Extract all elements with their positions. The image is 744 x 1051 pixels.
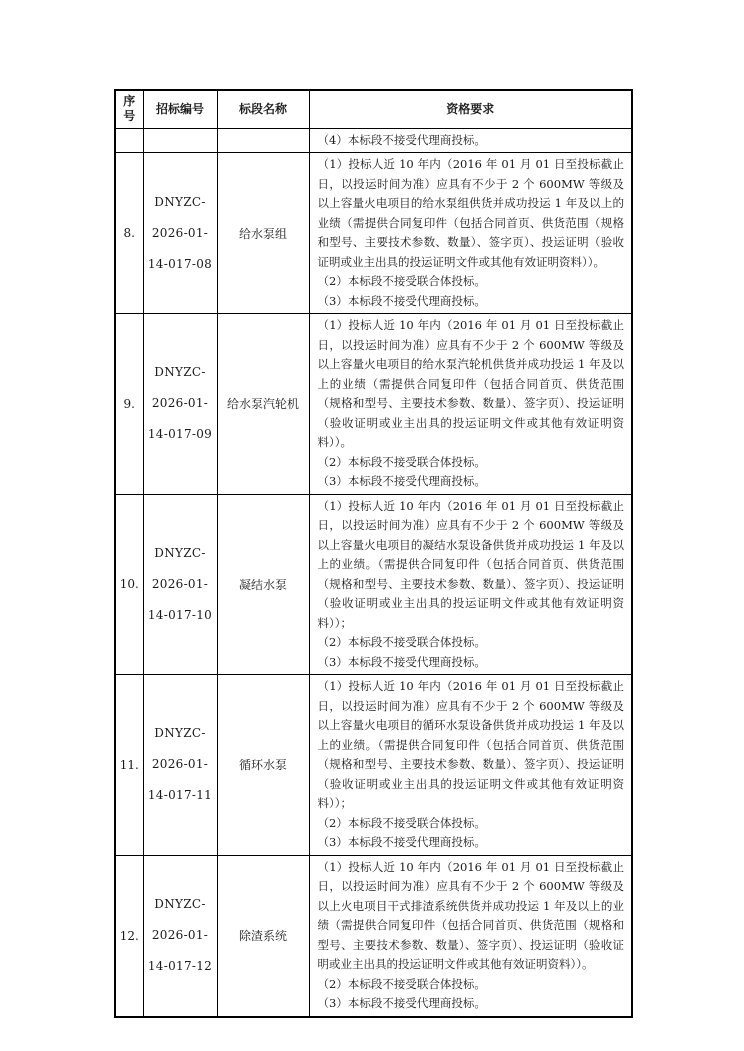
bid-code-cell: DNYZC- 2026-01- 14-017-10 [143, 494, 217, 675]
requirement-item: （3）本标段不接受代理商投标。 [318, 292, 625, 312]
requirement-item: （3）本标段不接受代理商投标。 [318, 994, 625, 1014]
requirements-cell: （1）投标人近 10 年内（2016 年 01 月 01 日至投标截止日，以投运… [309, 314, 632, 495]
section-name-cell: 给水泵汽轮机 [217, 314, 309, 495]
table-row-8: 8. DNYZC- 2026-01- 14-017-08 给水泵组 （1）投标人… [115, 153, 632, 314]
section-name-cell: 给水泵组 [217, 153, 309, 314]
table-row-10: 10. DNYZC- 2026-01- 14-017-10 凝结水泵 （1）投标… [115, 494, 632, 675]
bid-code-cell: DNYZC- 2026-01- 14-017-12 [143, 855, 217, 1017]
header-bid-number: 招标编号 [143, 90, 217, 128]
table-row-12: 12. DNYZC- 2026-01- 14-017-12 除渣系统 （1）投标… [115, 855, 632, 1017]
bid-code-line: DNYZC- [146, 718, 215, 749]
row-number-cell: 10. [115, 494, 143, 675]
bid-code-line: 14-017-10 [146, 600, 215, 631]
bid-code-line: 14-017-12 [146, 951, 215, 982]
bid-code-line: DNYZC- [146, 889, 215, 920]
bid-code-line: 2026-01- [146, 218, 215, 249]
row-number-cell: 12. [115, 855, 143, 1017]
table-row-11: 11. DNYZC- 2026-01- 14-017-11 循环水泵 （1）投标… [115, 675, 632, 856]
requirements-cell: （4）本标段不接受代理商投标。 [309, 128, 632, 153]
document-page: 序号 招标编号 标段名称 资格要求 （4）本标段不接受代理商投标。 8. DNY… [0, 0, 744, 1051]
bid-code-line: 2026-01- [146, 569, 215, 600]
table-header-row: 序号 招标编号 标段名称 资格要求 [115, 90, 632, 128]
bid-code-line: DNYZC- [146, 187, 215, 218]
requirements-cell: （1）投标人近 10 年内（2016 年 01 月 01 日至投标截止日，以投运… [309, 153, 632, 314]
requirement-item: （2）本标段不接受联合体投标。 [318, 272, 625, 292]
row-number-cell: 8. [115, 153, 143, 314]
bid-code-line: 14-017-09 [146, 419, 215, 450]
row-number-cell: 9. [115, 314, 143, 495]
header-no-label: 序号 [123, 94, 136, 124]
requirements-cell: （1）投标人近 10 年内（2016 年 01 月 01 日至投标截止日，以投运… [309, 675, 632, 856]
requirement-item: （1）投标人近 10 年内（2016 年 01 月 01 日至投标截止日，以投运… [318, 497, 625, 634]
header-no: 序号 [115, 90, 143, 128]
requirement-item: （2）本标段不接受联合体投标。 [318, 975, 625, 995]
bid-code-line: 2026-01- [146, 388, 215, 419]
bid-sections-table: 序号 招标编号 标段名称 资格要求 （4）本标段不接受代理商投标。 8. DNY… [114, 89, 633, 1018]
requirement-item: （1）投标人近 10 年内（2016 年 01 月 01 日至投标截止日，以投运… [318, 155, 625, 272]
section-name-cell [217, 128, 309, 153]
bid-code-line: 2026-01- [146, 920, 215, 951]
requirement-item: （4）本标段不接受代理商投标。 [318, 131, 625, 151]
section-name-cell: 凝结水泵 [217, 494, 309, 675]
section-name-cell: 循环水泵 [217, 675, 309, 856]
bid-code-cell: DNYZC- 2026-01- 14-017-09 [143, 314, 217, 495]
bid-code-line: 14-017-08 [146, 249, 215, 280]
bid-code-line: 2026-01- [146, 749, 215, 780]
bid-code-line: 14-017-11 [146, 780, 215, 811]
requirements-cell: （1）投标人近 10 年内（2016 年 01 月 01 日至投标截止日，以投运… [309, 494, 632, 675]
requirement-item: （1）投标人近 10 年内（2016 年 01 月 01 日至投标截止日，以投运… [318, 858, 625, 975]
requirement-item: （2）本标段不接受联合体投标。 [318, 453, 625, 473]
requirement-item: （2）本标段不接受联合体投标。 [318, 633, 625, 653]
bid-code-cell: DNYZC- 2026-01- 14-017-08 [143, 153, 217, 314]
header-qualification: 资格要求 [309, 90, 632, 128]
bid-code-line: DNYZC- [146, 538, 215, 569]
row-number-cell: 11. [115, 675, 143, 856]
header-section-name: 标段名称 [217, 90, 309, 128]
requirement-item: （1）投标人近 10 年内（2016 年 01 月 01 日至投标截止日，以投运… [318, 316, 625, 453]
row-number-cell [115, 128, 143, 153]
table-row-9: 9. DNYZC- 2026-01- 14-017-09 给水泵汽轮机 （1）投… [115, 314, 632, 495]
requirement-item: （3）本标段不接受代理商投标。 [318, 833, 625, 853]
section-name-cell: 除渣系统 [217, 855, 309, 1017]
requirements-cell: （1）投标人近 10 年内（2016 年 01 月 01 日至投标截止日，以投运… [309, 855, 632, 1017]
bid-code-cell [143, 128, 217, 153]
bid-code-cell: DNYZC- 2026-01- 14-017-11 [143, 675, 217, 856]
table-row-continuation: （4）本标段不接受代理商投标。 [115, 128, 632, 153]
requirement-item: （1）投标人近 10 年内（2016 年 01 月 01 日至投标截止日，以投运… [318, 677, 625, 814]
requirement-item: （2）本标段不接受联合体投标。 [318, 814, 625, 834]
bid-code-line: DNYZC- [146, 357, 215, 388]
requirement-item: （3）本标段不接受代理商投标。 [318, 472, 625, 492]
requirement-item: （3）本标段不接受代理商投标。 [318, 653, 625, 673]
